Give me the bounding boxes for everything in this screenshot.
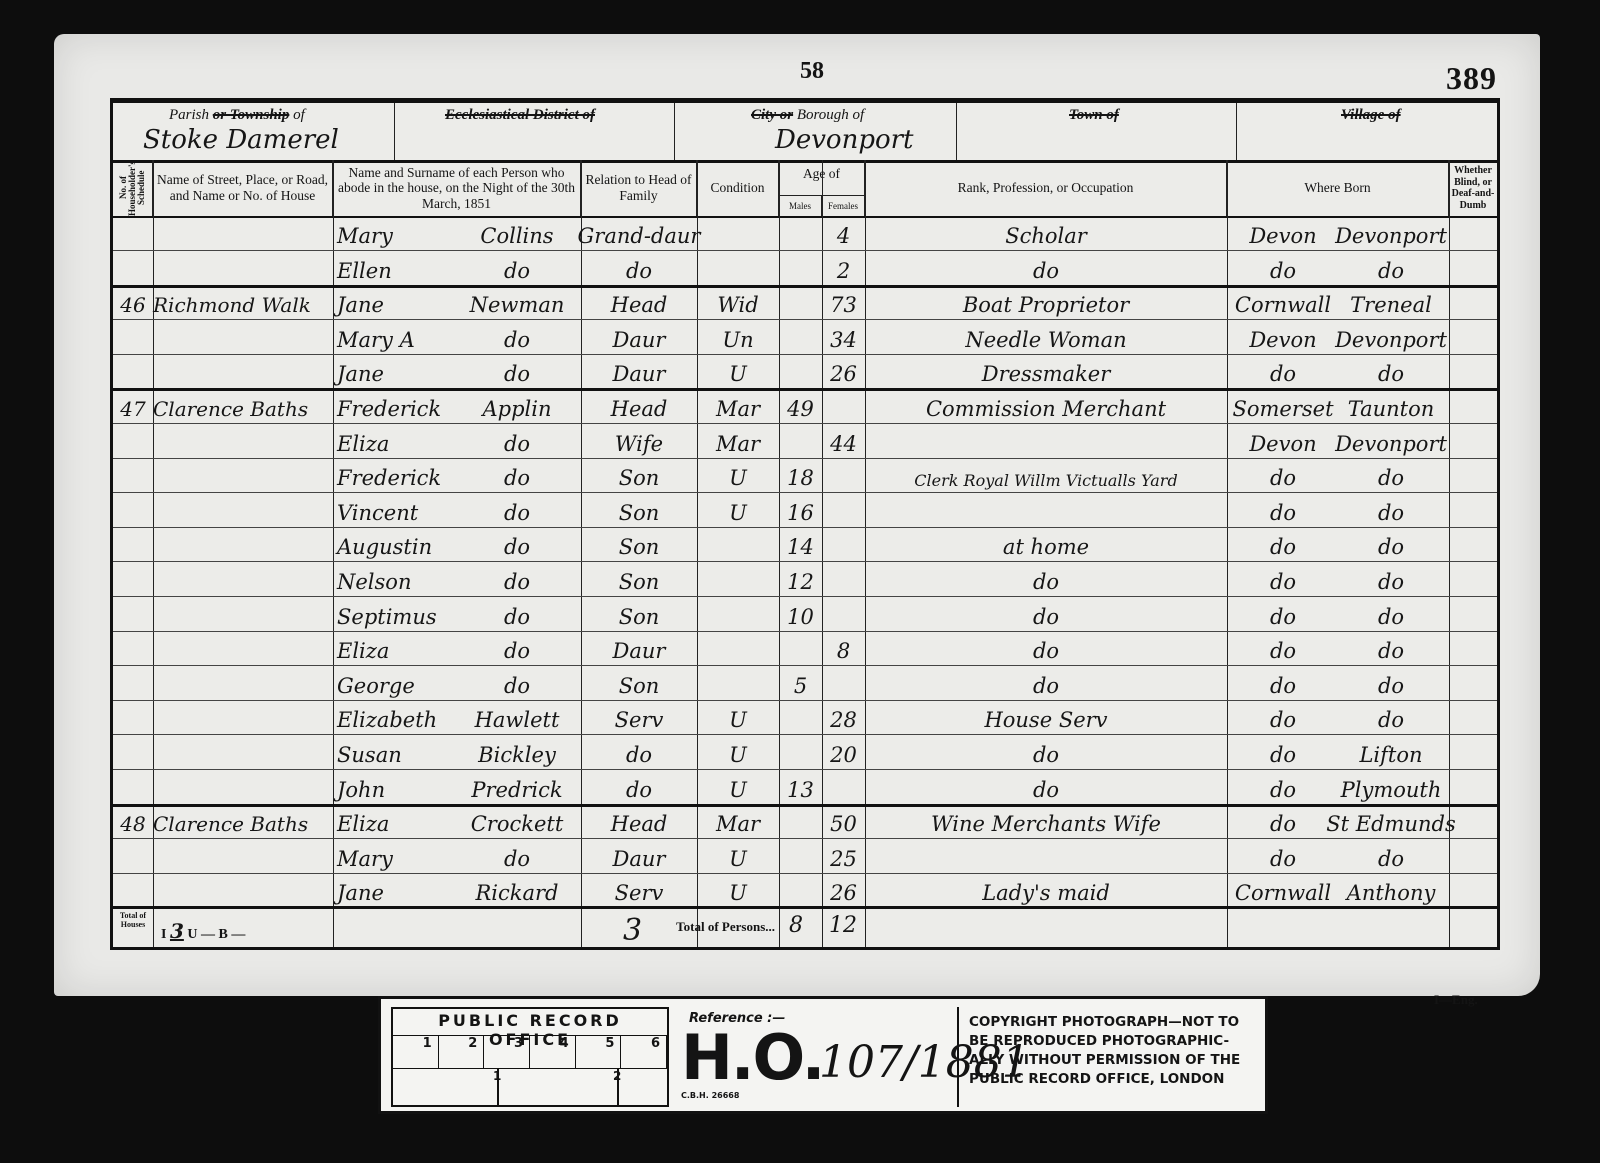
cell-parish: Taunton <box>1333 389 1449 423</box>
cell-condition: U <box>697 735 779 769</box>
census-page: 58 389 Parish or Township of Stoke Damer… <box>54 34 1540 996</box>
cell-street <box>153 770 333 804</box>
cell-relation: Serv <box>581 873 697 907</box>
ecclesiastical-cell: Ecclesiastical District of <box>395 103 675 160</box>
form-mark: I—Eng. <box>1434 992 1478 1008</box>
col-schedule-label: No. of Householder's Schedule <box>119 160 146 216</box>
cell-forename: Jane <box>337 354 447 388</box>
cell-parish: Devonport <box>1333 216 1449 250</box>
cell-female: 25 <box>822 839 865 873</box>
col-occupation: Rank, Profession, or Occupation <box>865 160 1227 216</box>
cell-surname: do <box>453 839 581 873</box>
cell-street <box>153 666 333 700</box>
parish-value: Stoke Damerel <box>143 125 339 155</box>
cell-female: 26 <box>822 354 865 388</box>
cell-parish: do <box>1333 493 1449 527</box>
cell-surname: do <box>453 251 581 285</box>
col-schedule: No. of Householder's Schedule <box>113 160 153 216</box>
total-males: 8 <box>789 913 803 938</box>
table-row: ElizadoDaur8dododo <box>113 631 1497 666</box>
cell-forename: Jane <box>337 873 447 907</box>
divider <box>333 909 334 947</box>
cell-condition: U <box>697 770 779 804</box>
cell-schedule <box>113 631 153 665</box>
record-office-stamp: PUBLIC RECORD OFFICE 1 2 3 4 5 6 1 2 Ref… <box>378 996 1268 1114</box>
ruler-mark: 3 <box>484 1036 530 1068</box>
cell-female <box>822 389 865 423</box>
cell-male <box>779 631 822 665</box>
cell-relation: Grand-daur <box>581 216 697 250</box>
cell-street <box>153 354 333 388</box>
cell-forename: Mary <box>337 216 447 250</box>
cell-male: 18 <box>779 458 822 492</box>
cell-relation: do <box>581 770 697 804</box>
cell-male <box>779 354 822 388</box>
ruler-mark: 4 <box>530 1036 576 1068</box>
cell-occupation: Needle Woman <box>865 320 1227 354</box>
cell-occupation: do <box>865 666 1227 700</box>
ruler-mark: 5 <box>576 1036 622 1068</box>
cell-county: do <box>1233 770 1333 804</box>
cell-surname: do <box>453 424 581 458</box>
cell-surname: do <box>453 354 581 388</box>
cell-occupation: do <box>865 735 1227 769</box>
cell-county: do <box>1233 251 1333 285</box>
cell-parish: Plymouth <box>1333 770 1449 804</box>
cell-schedule <box>113 597 153 631</box>
total-persons-label: Total of Persons... <box>653 919 775 935</box>
cell-female <box>822 527 865 561</box>
cell-surname: do <box>453 597 581 631</box>
cell-male <box>779 873 822 907</box>
table-row: ElizabethHawlettServU28House Servdodo <box>113 700 1497 735</box>
col-relation-label: Relation to Head of Family <box>581 172 696 203</box>
pro-ruler-box: PUBLIC RECORD OFFICE 1 2 3 4 5 6 1 2 <box>391 1007 669 1107</box>
cell-occupation: Scholar <box>865 216 1227 250</box>
cell-female <box>822 597 865 631</box>
divider <box>822 909 823 947</box>
cell-schedule <box>113 770 153 804</box>
cell-occupation: Dressmaker <box>865 354 1227 388</box>
ruler-mark: 1 <box>393 1036 439 1068</box>
cell-male: 49 <box>779 389 822 423</box>
cell-parish: do <box>1333 597 1449 631</box>
col-relation: Relation to Head of Family <box>581 160 697 216</box>
cell-condition: U <box>697 873 779 907</box>
cell-female: 2 <box>822 251 865 285</box>
cell-relation: do <box>581 735 697 769</box>
cell-parish: do <box>1333 666 1449 700</box>
cell-street <box>153 216 333 250</box>
cell-relation: Son <box>581 458 697 492</box>
table-row: MarydoDaurU25dodo <box>113 839 1497 874</box>
cell-county: do <box>1233 562 1333 596</box>
cell-parish: do <box>1333 700 1449 734</box>
cell-parish: do <box>1333 527 1449 561</box>
col-occupation-label: Rank, Profession, or Occupation <box>958 180 1134 196</box>
cell-forename: Ellen <box>337 251 447 285</box>
col-condition-label: Condition <box>710 180 764 196</box>
cell-female: 8 <box>822 631 865 665</box>
table-row: FrederickdoSonU18Clerk Royal Willm Victu… <box>113 458 1497 493</box>
cell-parish: do <box>1333 839 1449 873</box>
cell-male <box>779 700 822 734</box>
cell-relation: Son <box>581 562 697 596</box>
table-row: SusanBickleydoU20dodoLifton <box>113 735 1497 770</box>
cell-surname: Applin <box>453 389 581 423</box>
cell-condition <box>697 216 779 250</box>
col-age-females: Females <box>822 196 864 216</box>
ruler-cm: 1 2 3 4 5 6 <box>393 1035 667 1069</box>
copyright-notice: COPYRIGHT PHOTOGRAPH—NOT TO BE REPRODUCE… <box>969 1013 1259 1089</box>
cell-parish: Lifton <box>1333 735 1449 769</box>
table-row: GeorgedoSon5dododo <box>113 666 1497 701</box>
cell-parish: Treneal <box>1333 285 1449 319</box>
table-row: JanedoDaurU26Dressmakerdodo <box>113 354 1497 391</box>
village-cell: Village of <box>1237 103 1497 160</box>
table-row: VincentdoSonU16dodo <box>113 493 1497 528</box>
town-cell: Town of <box>957 103 1237 160</box>
cell-occupation: do <box>865 562 1227 596</box>
col-condition: Condition <box>697 160 779 216</box>
cell-occupation: Boat Proprietor <box>865 285 1227 319</box>
folio-number-right: 389 <box>1446 60 1497 97</box>
cell-condition <box>697 527 779 561</box>
cell-schedule <box>113 562 153 596</box>
cell-county: do <box>1233 597 1333 631</box>
cell-schedule <box>113 320 153 354</box>
table-row: Mary AdoDaurUn34Needle WomanDevonDevonpo… <box>113 320 1497 355</box>
table-row: SeptimusdoSon10dododo <box>113 597 1497 632</box>
cell-male: 16 <box>779 493 822 527</box>
cell-relation: Head <box>581 804 697 838</box>
cell-male <box>779 804 822 838</box>
cell-parish: St Edmunds <box>1333 804 1449 838</box>
cell-female: 28 <box>822 700 865 734</box>
building-prefix: B <box>219 927 228 942</box>
cell-condition: U <box>697 839 779 873</box>
cell-condition: Wid <box>697 285 779 319</box>
borough-value: Devonport <box>775 125 914 155</box>
total-females: 12 <box>829 913 857 938</box>
total-houses-label: Total of Houses <box>115 911 151 929</box>
cell-street <box>153 424 333 458</box>
schedule-count: 3 <box>623 913 642 948</box>
cell-occupation: at home <box>865 527 1227 561</box>
parish-label-suffix: of <box>293 107 305 123</box>
col-name-label: Name and Surname of each Person who abod… <box>333 165 580 212</box>
cell-surname: Bickley <box>453 735 581 769</box>
cell-schedule <box>113 527 153 561</box>
ecclesiastical-label: Ecclesiastical District of <box>445 107 595 124</box>
cell-county: do <box>1233 804 1333 838</box>
col-street-label: Name of Street, Place, or Road, and Name… <box>153 172 332 203</box>
cell-condition <box>697 251 779 285</box>
cell-occupation: do <box>865 597 1227 631</box>
cell-male: 5 <box>779 666 822 700</box>
table-row: AugustindoSon14at homedodo <box>113 527 1497 562</box>
folio-number-left: 58 <box>800 58 824 85</box>
parish-cell: Parish or Township of Stoke Damerel <box>113 103 395 160</box>
col-born: Where Born <box>1227 160 1449 216</box>
cell-forename: Vincent <box>337 493 447 527</box>
cell-occupation: Commission Merchant <box>865 389 1227 423</box>
cbh-number: C.B.H. 26668 <box>681 1091 739 1100</box>
cell-county: Cornwall <box>1233 285 1333 319</box>
cell-female: 4 <box>822 216 865 250</box>
table-row: ElizadoWifeMar44DevonDevonport <box>113 424 1497 459</box>
cell-schedule <box>113 839 153 873</box>
cell-occupation <box>865 493 1227 527</box>
col-blind-label: Whether Blind, or Deaf-and-Dumb <box>1449 165 1497 211</box>
cell-condition: U <box>697 493 779 527</box>
town-label: Town of <box>1069 107 1119 124</box>
cell-schedule: 48 <box>113 804 153 838</box>
cell-female <box>822 493 865 527</box>
cell-schedule <box>113 873 153 907</box>
cell-forename: Septimus <box>337 597 447 631</box>
cell-parish: do <box>1333 251 1449 285</box>
reference-box: Reference :— H.O. 107/1881 C.B.H. 26668 <box>677 1007 959 1107</box>
borough-label: Borough of <box>797 107 864 123</box>
cell-schedule <box>113 700 153 734</box>
cell-county: do <box>1233 631 1333 665</box>
cell-surname: do <box>453 631 581 665</box>
cell-schedule <box>113 458 153 492</box>
cell-female: 50 <box>822 804 865 838</box>
cell-county: do <box>1233 700 1333 734</box>
cell-schedule <box>113 424 153 458</box>
cell-county: do <box>1233 839 1333 873</box>
cell-schedule <box>113 354 153 388</box>
cell-schedule <box>113 216 153 250</box>
cell-relation: Serv <box>581 700 697 734</box>
cell-male: 10 <box>779 597 822 631</box>
cell-occupation: House Serv <box>865 700 1227 734</box>
cell-relation: Head <box>581 389 697 423</box>
cell-male <box>779 839 822 873</box>
cell-male: 13 <box>779 770 822 804</box>
cell-forename: Elizabeth <box>337 700 447 734</box>
cell-forename: Mary <box>337 839 447 873</box>
cell-occupation: Wine Merchants Wife <box>865 804 1227 838</box>
cell-county: do <box>1233 527 1333 561</box>
cell-relation: Daur <box>581 631 697 665</box>
cell-street <box>153 873 333 907</box>
column-headers: No. of Householder's Schedule Name of St… <box>113 160 1497 218</box>
cell-condition <box>697 631 779 665</box>
cell-street: Clarence Baths <box>153 389 333 423</box>
cell-female <box>822 562 865 596</box>
cell-street <box>153 320 333 354</box>
cell-condition: Mar <box>697 389 779 423</box>
table-row: JohnPredrickdoU13dodoPlymouth <box>113 770 1497 807</box>
cell-female: 20 <box>822 735 865 769</box>
cell-street <box>153 700 333 734</box>
cell-condition <box>697 597 779 631</box>
cell-parish: Devonport <box>1333 424 1449 458</box>
cell-surname: Rickard <box>453 873 581 907</box>
cell-relation: Head <box>581 285 697 319</box>
cell-county: Devon <box>1233 216 1333 250</box>
cell-county: do <box>1233 493 1333 527</box>
ruler-mark: 2 <box>439 1036 485 1068</box>
cell-forename: Frederick <box>337 458 447 492</box>
cell-male <box>779 216 822 250</box>
cell-forename: Mary A <box>337 320 447 354</box>
table-row: MaryCollinsGrand-daur4ScholarDevonDevonp… <box>113 216 1497 251</box>
cell-condition: U <box>697 458 779 492</box>
cell-male: 14 <box>779 527 822 561</box>
cell-occupation: Clerk Royal Willm Victualls Yard <box>865 458 1227 492</box>
totals-row: Total of Houses I 3 U — B — 3 Total of P… <box>113 906 1497 947</box>
cell-female: 73 <box>822 285 865 319</box>
cell-parish: do <box>1333 458 1449 492</box>
cell-female: 26 <box>822 873 865 907</box>
village-label: Village of <box>1341 107 1401 124</box>
cell-forename: Susan <box>337 735 447 769</box>
cell-street <box>153 597 333 631</box>
cell-surname: do <box>453 527 581 561</box>
cell-county: do <box>1233 666 1333 700</box>
cell-street <box>153 631 333 665</box>
col-street: Name of Street, Place, or Road, and Name… <box>153 160 333 216</box>
cell-surname: do <box>453 493 581 527</box>
cell-county: do <box>1233 735 1333 769</box>
cell-relation: Son <box>581 666 697 700</box>
cell-street <box>153 458 333 492</box>
cell-parish: Anthony <box>1333 873 1449 907</box>
cell-street <box>153 527 333 561</box>
col-blind: Whether Blind, or Deaf-and-Dumb <box>1449 160 1497 216</box>
reference-code: H.O. <box>681 1021 823 1094</box>
houses-inhabited: I 3 U — B — <box>161 919 245 943</box>
cell-surname: Crockett <box>453 804 581 838</box>
cell-schedule <box>113 666 153 700</box>
cell-male <box>779 320 822 354</box>
cell-forename: Nelson <box>337 562 447 596</box>
col-age-males: Males <box>779 196 822 216</box>
cell-surname: Hawlett <box>453 700 581 734</box>
cell-parish: Devonport <box>1333 320 1449 354</box>
cell-county: do <box>1233 458 1333 492</box>
cell-schedule <box>113 735 153 769</box>
cell-forename: Eliza <box>337 631 447 665</box>
cell-female: 34 <box>822 320 865 354</box>
cell-relation: Daur <box>581 320 697 354</box>
cell-street: Clarence Baths <box>153 804 333 838</box>
cell-county: do <box>1233 354 1333 388</box>
cell-surname: Predrick <box>453 770 581 804</box>
cell-occupation: do <box>865 631 1227 665</box>
building-count: — <box>231 927 245 942</box>
cell-street <box>153 839 333 873</box>
parish-label-struck: or Township <box>213 107 290 123</box>
cell-street <box>153 493 333 527</box>
cell-male: 12 <box>779 562 822 596</box>
table-row: JaneRickardServU26Lady's maidCornwallAnt… <box>113 873 1497 908</box>
cell-surname: do <box>453 666 581 700</box>
cell-parish: do <box>1333 562 1449 596</box>
cell-male <box>779 285 822 319</box>
ruler-inch: 1 2 <box>393 1069 667 1107</box>
census-table: Parish or Township of Stoke Damerel Eccl… <box>110 98 1500 950</box>
cell-condition: Mar <box>697 804 779 838</box>
cell-forename: Augustin <box>337 527 447 561</box>
place-header: Parish or Township of Stoke Damerel Eccl… <box>113 103 1497 163</box>
cell-condition: Un <box>697 320 779 354</box>
cell-street <box>153 735 333 769</box>
cell-schedule <box>113 251 153 285</box>
cell-female <box>822 666 865 700</box>
cell-parish: do <box>1333 631 1449 665</box>
cell-condition <box>697 666 779 700</box>
inhabited-count: 3 <box>170 919 184 943</box>
cell-surname: Newman <box>453 285 581 319</box>
cell-relation: do <box>581 251 697 285</box>
cell-street <box>153 562 333 596</box>
cell-schedule <box>113 493 153 527</box>
cell-county: Somerset <box>1233 389 1333 423</box>
cell-relation: Son <box>581 493 697 527</box>
col-born-label: Where Born <box>1304 180 1370 196</box>
uninhabited-prefix: U <box>187 927 197 942</box>
cell-male <box>779 424 822 458</box>
cell-relation: Son <box>581 597 697 631</box>
table-row: 47Clarence BathsFrederickApplinHeadMar49… <box>113 389 1497 424</box>
cell-male <box>779 251 822 285</box>
cell-surname: do <box>453 320 581 354</box>
cell-condition: Mar <box>697 424 779 458</box>
borough-cell: City or Borough of Devonport <box>675 103 957 160</box>
cell-female: 44 <box>822 424 865 458</box>
cell-relation: Daur <box>581 354 697 388</box>
uninhabited-count: — <box>201 927 215 942</box>
cell-relation: Son <box>581 527 697 561</box>
cell-condition: U <box>697 700 779 734</box>
cell-forename: Eliza <box>337 424 447 458</box>
cell-occupation: do <box>865 770 1227 804</box>
cell-forename: Frederick <box>337 389 447 423</box>
divider <box>153 909 154 947</box>
divider <box>779 909 780 947</box>
ruler-mark: 6 <box>621 1036 667 1068</box>
cell-female <box>822 458 865 492</box>
cell-street: Richmond Walk <box>153 285 333 319</box>
cell-forename: Jane <box>337 285 447 319</box>
cell-surname: Collins <box>453 216 581 250</box>
cell-street <box>153 251 333 285</box>
cell-schedule: 46 <box>113 285 153 319</box>
cell-county: Devon <box>1233 424 1333 458</box>
table-row: Ellendodo2dododo <box>113 251 1497 288</box>
cell-female <box>822 770 865 804</box>
cell-forename: Eliza <box>337 804 447 838</box>
table-row: 46Richmond WalkJaneNewmanHeadWid73Boat P… <box>113 285 1497 320</box>
col-name: Name and Surname of each Person who abod… <box>333 160 581 216</box>
table-row: NelsondoSon12dododo <box>113 562 1497 597</box>
cell-county: Cornwall <box>1233 873 1333 907</box>
cell-condition: U <box>697 354 779 388</box>
cell-county: Devon <box>1233 320 1333 354</box>
inhabited-prefix: I <box>161 927 166 942</box>
divider <box>865 909 866 947</box>
cell-condition <box>697 562 779 596</box>
cell-male <box>779 735 822 769</box>
borough-label-struck: City or <box>751 107 793 123</box>
cell-relation: Wife <box>581 424 697 458</box>
parish-label: Parish <box>169 107 209 123</box>
